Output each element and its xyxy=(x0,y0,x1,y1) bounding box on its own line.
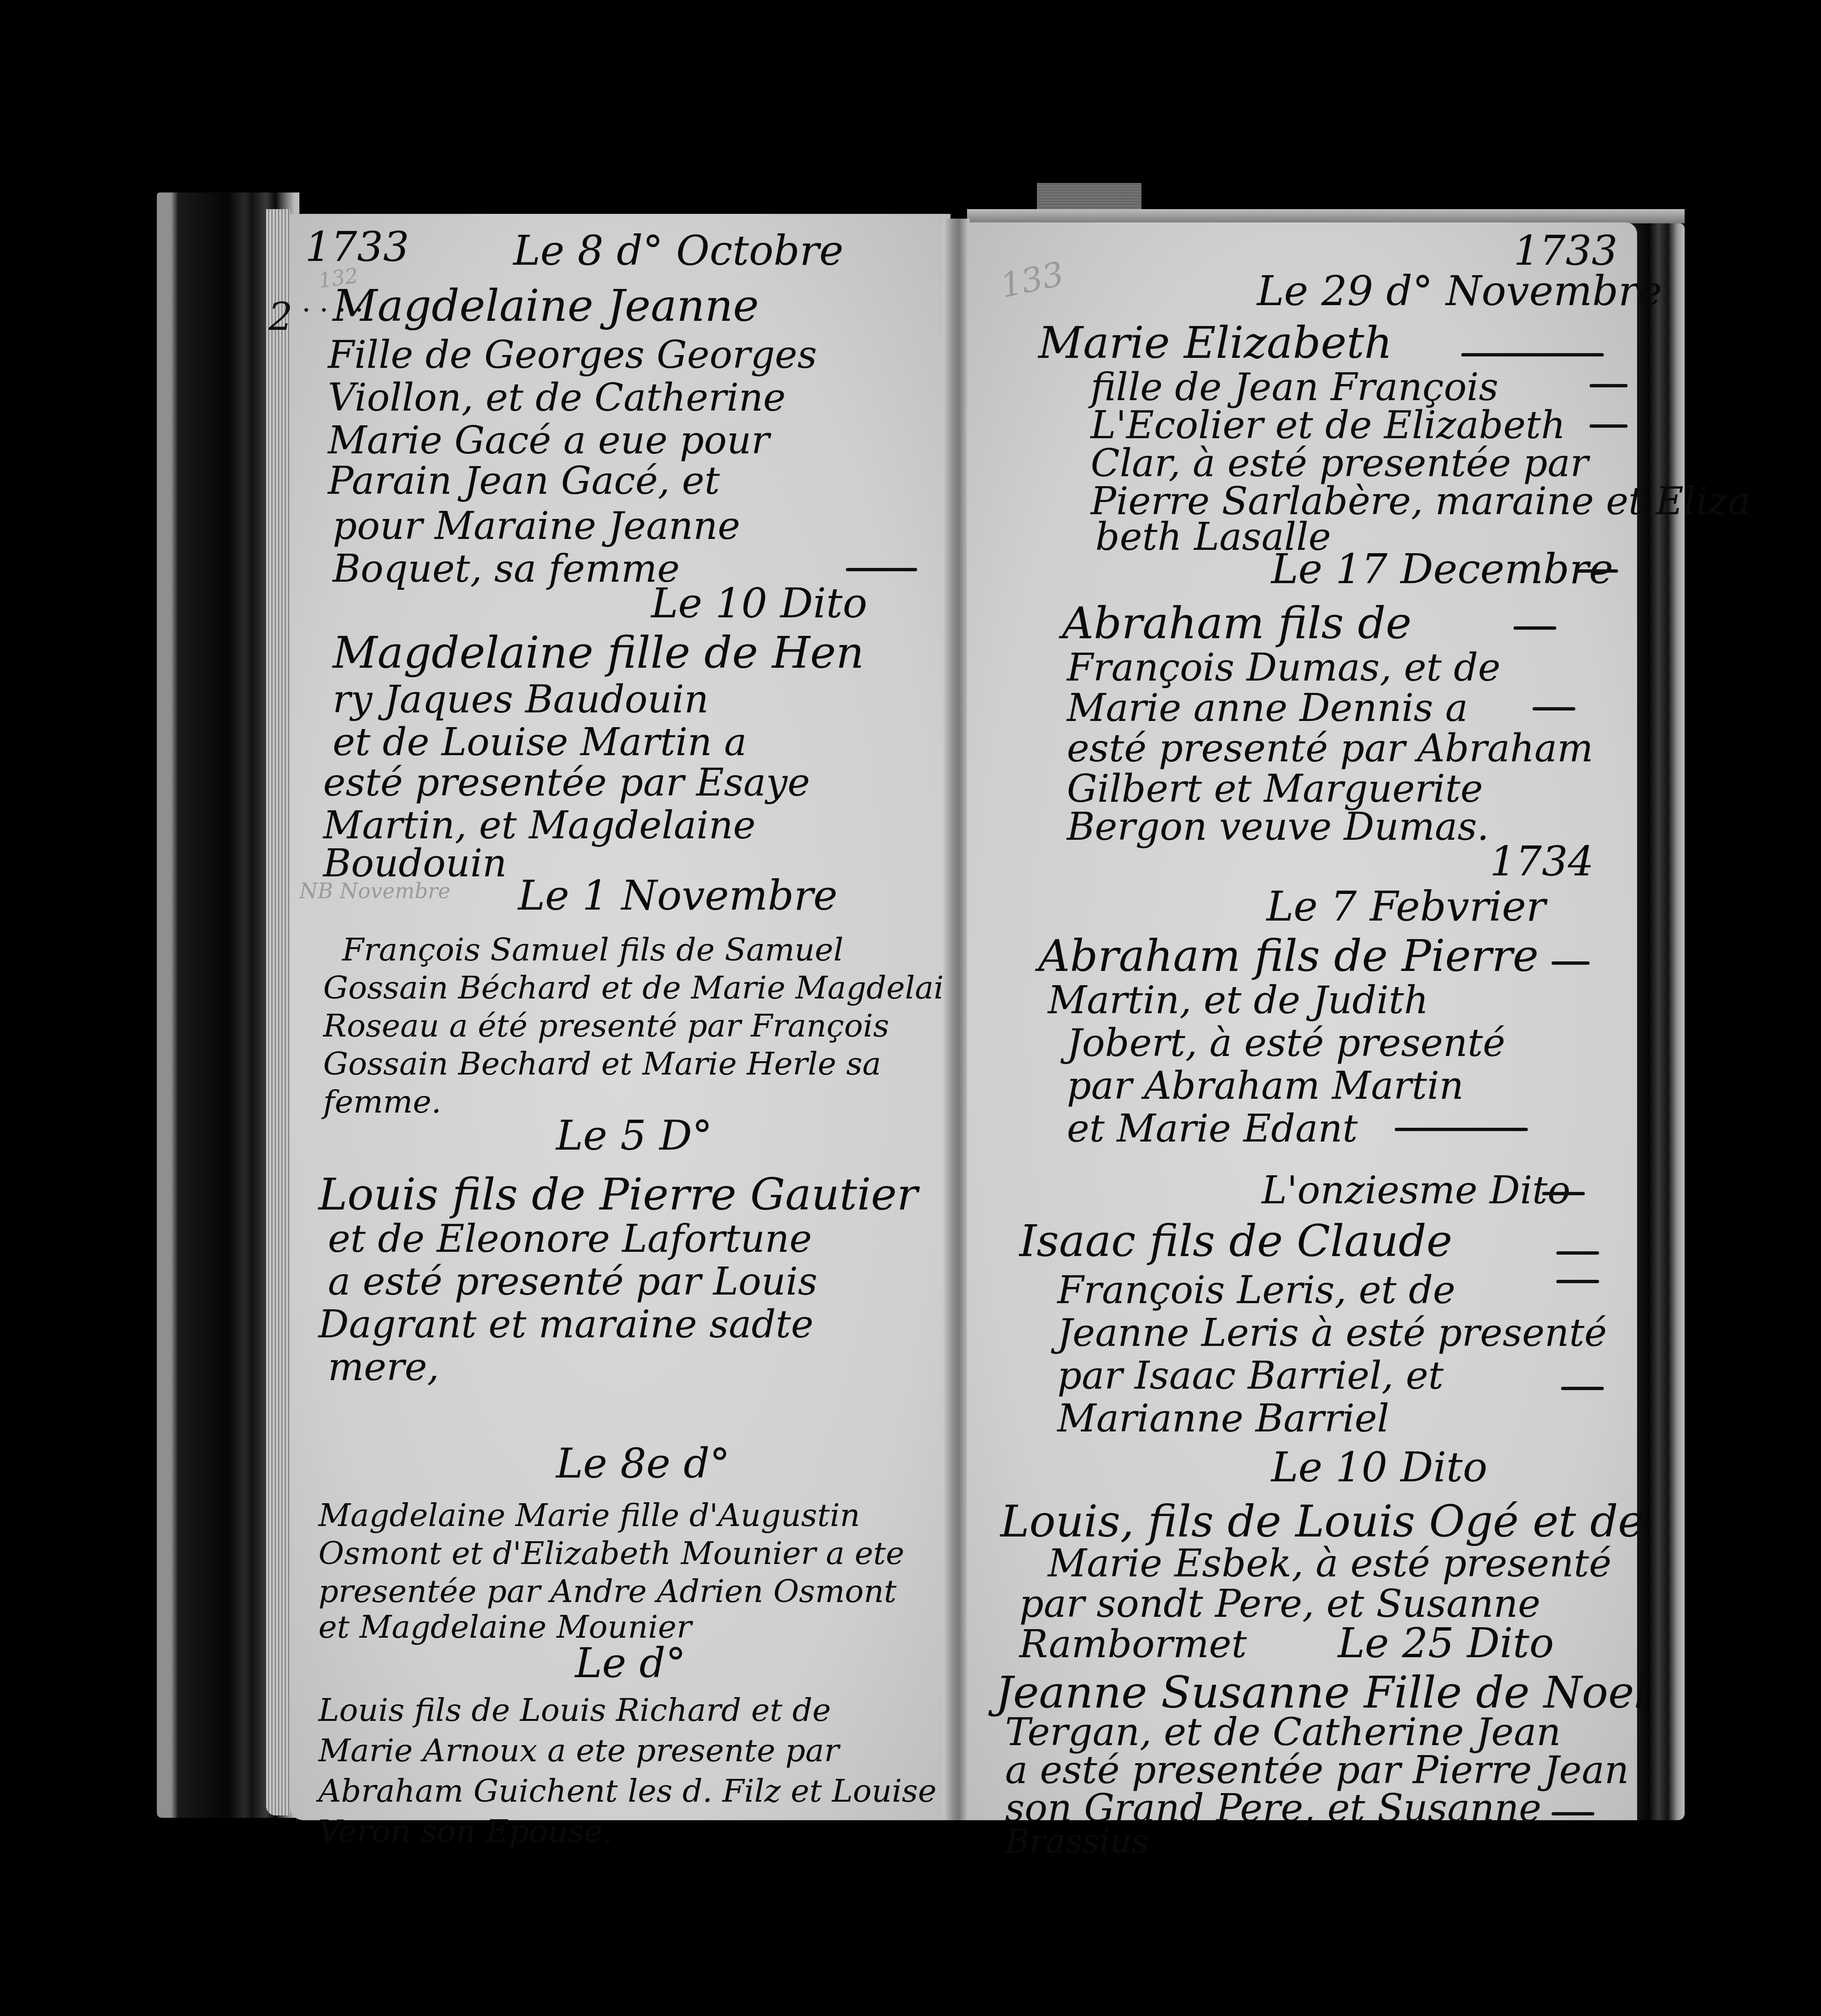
leader-dots: .... xyxy=(302,285,372,318)
entry-line: Louis fils de Louis Richard et de xyxy=(318,1692,831,1728)
entry-line: Roseau a été presenté par François xyxy=(323,1008,889,1044)
line-filler-dash xyxy=(1552,1812,1594,1815)
entry-date: Le 8 d° Octobre xyxy=(513,227,843,275)
entry-date: Le 10 Dito xyxy=(651,580,867,627)
year-marker: 1734 xyxy=(1490,838,1594,885)
line-filler-dash xyxy=(1590,424,1628,428)
entry-line: et de Eleonore Lafortune xyxy=(328,1217,812,1261)
page-year: 1733 xyxy=(305,223,409,271)
entry-line: Magdelaine Marie fille d'Augustin xyxy=(318,1497,860,1534)
entry-line: Osmont et d'Elizabeth Mounier a ete xyxy=(318,1535,904,1572)
entry-line: Marie Gacé a eue pour xyxy=(328,418,769,462)
line-filler-dash xyxy=(1561,1387,1604,1390)
entry-line: femme. xyxy=(323,1084,441,1120)
folio-number: 133 xyxy=(997,254,1067,306)
entry-date: Le 5 D° xyxy=(556,1112,712,1160)
line-filler-dash xyxy=(1575,569,1618,573)
entry-line: Abraham fils de Pierre xyxy=(1038,931,1539,981)
margin-note: NB Novembre xyxy=(299,879,450,903)
entry-line: Louis, fils de Louis Ogé et de xyxy=(1000,1496,1644,1547)
entry-line: Fille de Georges Georges xyxy=(328,333,817,377)
entry-line: Marie Arnoux a ete presente par xyxy=(318,1732,839,1769)
entry-line: a esté presenté par Louis xyxy=(328,1259,817,1304)
entry-line: Bergon veuve Dumas. xyxy=(1067,805,1489,849)
entry-date: Le 1 Novembre xyxy=(518,872,838,920)
entry-line: par Isaac Barriel, et xyxy=(1057,1354,1444,1398)
entry-line: Gossain Bechard et Marie Herle sa xyxy=(323,1046,881,1082)
entry-line: Jeanne Leris à esté presenté xyxy=(1057,1311,1607,1355)
entry-line: ry Jaques Baudouin xyxy=(333,677,709,721)
entry-date: Le 8e d° xyxy=(556,1440,730,1488)
margin-mark: 2 xyxy=(268,295,293,339)
entry-line: François Leris, et de xyxy=(1057,1268,1456,1312)
line-filler-dash xyxy=(846,568,917,571)
entry-line: par Abraham Martin xyxy=(1067,1064,1464,1108)
page-stack-left xyxy=(266,209,290,1815)
entry-line: mere, xyxy=(328,1345,439,1389)
entry-line: Rambormet xyxy=(1019,1622,1247,1666)
entry-line: Marie Esbek, à esté presenté xyxy=(1048,1541,1611,1585)
entry-line: Jobert, à esté presenté xyxy=(1067,1021,1505,1065)
entry-line: Marie anne Dennis a xyxy=(1067,686,1468,730)
entry-date: Le 29 d° Novembre xyxy=(1257,268,1662,315)
entry-line: pour Maraine Jeanne xyxy=(333,504,740,548)
entry-date: Le 10 Dito xyxy=(1271,1444,1487,1491)
right-page: 1733 133 Le 29 d° Novembre Marie Elizabe… xyxy=(967,222,1637,1820)
entry-line: Boquet, sa femme xyxy=(333,547,680,591)
entry-line: Veron son Epouse. xyxy=(318,1813,613,1850)
entry-line: Martin, et de Judith xyxy=(1048,978,1428,1022)
page-stack-top-right xyxy=(967,209,1685,223)
open-register-book: 1733 132 Le 8 d° Octobre Magdelaine Jean… xyxy=(0,0,1821,2016)
line-filler-dash xyxy=(1533,707,1575,710)
line-filler-dash xyxy=(1514,626,1556,630)
entry-line: Parain Jean Gacé, et xyxy=(328,459,720,503)
entry-line: Louis fils de Pierre Gautier xyxy=(318,1169,918,1220)
entry-date: L'onziesme Dito xyxy=(1262,1168,1571,1212)
entry-line: et de Louise Martin a xyxy=(333,720,747,764)
line-filler-dash xyxy=(1395,1128,1528,1131)
line-filler-dash xyxy=(1461,353,1604,356)
entry-line: Isaac fils de Claude xyxy=(1019,1216,1452,1267)
entry-line: esté presentée par Esaye xyxy=(323,760,810,805)
entry-date: Le 17 Decembre xyxy=(1271,546,1613,593)
entry-line: Dagrant et maraine sadte xyxy=(318,1302,814,1346)
left-page: 1733 132 Le 8 d° Octobre Magdelaine Jean… xyxy=(290,214,950,1820)
entry-line: Marianne Barriel xyxy=(1057,1396,1389,1440)
entry-date: Le 7 Febvrier xyxy=(1266,883,1546,931)
line-filler-dash xyxy=(1552,961,1590,965)
entry-line: et Marie Edant xyxy=(1067,1106,1358,1151)
line-filler-dash xyxy=(1542,1192,1585,1195)
entry-date: Le d° xyxy=(575,1640,686,1687)
page-stack-right xyxy=(1632,223,1685,1820)
entry-line: François Dumas, et de xyxy=(1067,645,1501,690)
entry-line: Marie Elizabeth xyxy=(1038,317,1392,368)
entry-line: Viollon, et de Catherine xyxy=(328,375,786,420)
entry-line: François Samuel fils de Samuel xyxy=(342,931,843,968)
entry-line: esté presenté par Abraham xyxy=(1067,726,1593,770)
entry-date: Le 25 Dito xyxy=(1338,1620,1554,1667)
line-filler-dash xyxy=(1590,384,1628,387)
line-filler-dash xyxy=(1556,1280,1599,1283)
entry-line: Abraham Guichent les d. Filz et Louise xyxy=(318,1773,937,1809)
entry-line: presentée par Andre Adrien Osmont xyxy=(318,1573,897,1610)
entry-line: Brassius xyxy=(1005,1822,1149,1861)
entry-line: Magdelaine fille de Hen xyxy=(333,627,864,678)
entry-line: Gossain Béchard et de Marie Magdelaine xyxy=(323,970,982,1006)
entry-line: Abraham fils de xyxy=(1062,598,1411,649)
entry-line: Magdelaine Jeanne xyxy=(333,280,759,331)
line-filler-dash xyxy=(1556,1251,1599,1255)
book-gutter xyxy=(943,219,969,1820)
